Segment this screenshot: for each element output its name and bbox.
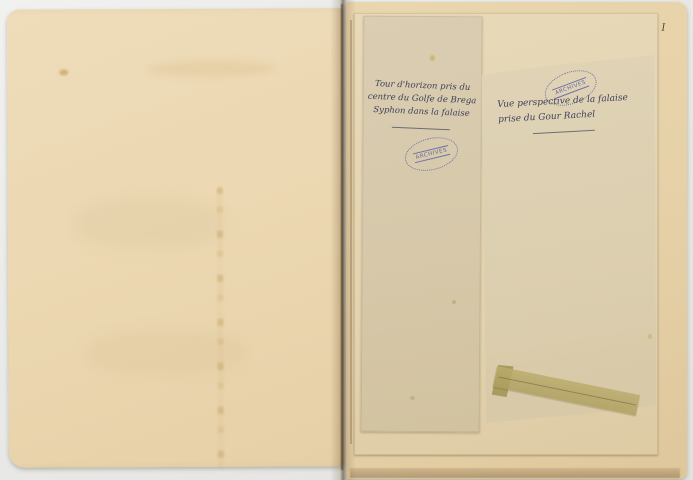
- gutter-shadow: [330, 0, 356, 480]
- archive-stamp-text: ARCHIVES: [413, 145, 451, 163]
- stain-speck: [410, 396, 415, 400]
- strip-caption: Tour d'horizon pris du centre du Golfe d…: [366, 78, 478, 132]
- left-page: [7, 8, 344, 467]
- photo-background: Planche I Tour d'horizon pris du centre …: [0, 0, 693, 480]
- stain-spot: [59, 69, 68, 75]
- archive-stamp-text: ARCHIVES: [552, 77, 590, 99]
- stain-speck: [452, 300, 456, 304]
- stain-smudge: [147, 61, 277, 78]
- stain-speck: [648, 334, 652, 339]
- caption-underline: [533, 130, 595, 134]
- stain-bleedthrough: [74, 197, 224, 250]
- gutter-fold-line: [341, 4, 343, 470]
- caption-underline: [392, 127, 450, 130]
- plate-strip: Tour d'horizon pris du centre du Golfe d…: [361, 16, 483, 433]
- archive-stamp: ARCHIVES: [401, 132, 461, 176]
- page-bottom-edge: [350, 468, 680, 478]
- stain-speck: [430, 55, 435, 61]
- stain-bleedthrough: [86, 331, 246, 376]
